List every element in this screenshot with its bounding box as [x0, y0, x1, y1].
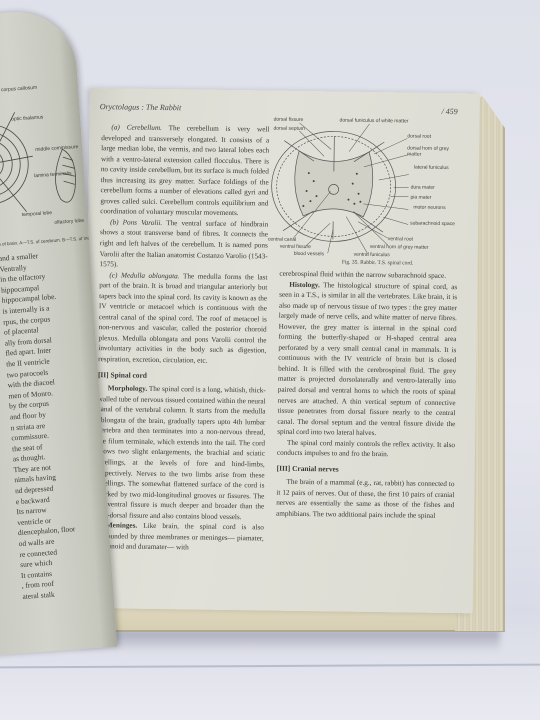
- label-ventral-horn: ventral horn of grey matter: [370, 244, 429, 251]
- medulla-paragraph: (c) Medulla oblongata. The medulla forms…: [98, 270, 267, 367]
- label-central-canal: central canal: [268, 236, 296, 242]
- pons-term: (b) Pons Varolii.: [110, 218, 162, 227]
- morphology-term: Morphology.: [108, 384, 147, 393]
- histology-paragraph: Histology. The histological structure of…: [277, 279, 457, 440]
- label-dorsal-fissure: dorsal fissure: [274, 117, 304, 123]
- label-blood-vessels: blood vessels: [294, 251, 324, 257]
- histology-term: Histology.: [289, 280, 320, 288]
- book-shadow: [80, 630, 500, 652]
- cranial-nerves-heading: [III] Cranial nerves: [277, 463, 455, 476]
- spinal-cord-diagram-icon: [268, 111, 466, 264]
- label-dorsal-funiculus: dorsal funiculus of white matter: [340, 117, 409, 124]
- figure-caption: Fig. 35. Rabbit. T.S. spinal cord.: [318, 259, 438, 267]
- label-subarachnoid-space: subarachnoid space: [410, 220, 455, 227]
- cerebellum-paragraph: (a) Cerebellum. The cerebellum is very w…: [100, 122, 269, 219]
- label-dorsal-root: dorsal root: [407, 133, 431, 139]
- label-ventral-root: ventral root: [388, 236, 413, 242]
- table-cloth-fold: [0, 664, 540, 669]
- reflex-paragraph: The spinal cord mainly controls the refl…: [277, 437, 455, 461]
- pons-paragraph: (b) Pons Varolii. The ventral surface of…: [99, 217, 268, 272]
- label-ventral-fissure: ventral fissure: [280, 244, 311, 250]
- meninges-paragraph: Meninges. Like brain, the spinal cord is…: [96, 520, 264, 554]
- brain-section-figure: corpus callosum optic thalamus middle co…: [0, 78, 84, 245]
- label-lateral-funiculus: lateral funiculus: [414, 165, 454, 172]
- cranial-paragraph: The brain of a mammal (e.g., rat, rabbit…: [276, 477, 455, 522]
- label-dorsal-horn: dorsal horn of grey matter: [407, 145, 462, 158]
- label-motor-neurons: motor neurons: [413, 205, 448, 211]
- spinal-cord-heading: [II] Spinal cord: [98, 370, 266, 383]
- cerebellum-term: (a) Cerebellum.: [111, 123, 161, 132]
- medulla-term: (c) Medulla oblongata.: [109, 271, 179, 280]
- right-text-column: cerebrospinal fluid within the narrow su…: [276, 269, 457, 522]
- spinal-cord-figure: dorsal fissure dorsal septum dorsal funi…: [268, 111, 466, 264]
- running-title: Oryctolagus : The Rabbit: [100, 102, 182, 112]
- label-dorsal-septum: dorsal septum: [273, 126, 304, 132]
- right-page: Oryctolagus : The Rabbit / 459: [83, 88, 480, 613]
- meninges-term: Meninges.: [106, 521, 137, 529]
- left-text-column: (a) Cerebellum. The cerebellum is very w…: [96, 122, 270, 554]
- label-pia-mater: pia mater: [410, 194, 431, 200]
- label-ventral-funiculus: ventral funiculus: [354, 252, 390, 259]
- morphology-paragraph: Morphology. The spinal cord is a long, w…: [96, 383, 266, 522]
- label-dura-mater: dura mater: [411, 184, 435, 190]
